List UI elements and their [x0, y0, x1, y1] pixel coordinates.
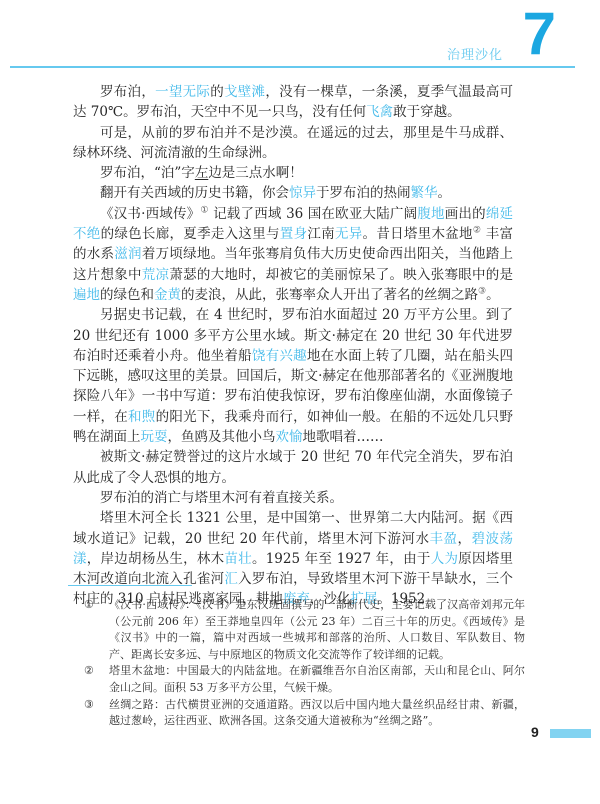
text-run: 。昔日塔里木盆地: [363, 226, 473, 242]
text-run: 罗布泊的消亡与塔里木河有着直接关系。: [100, 490, 343, 506]
text-run: 的绿色和: [100, 287, 154, 303]
highlight-term: 荒凉: [142, 267, 170, 283]
footnote-separator: [68, 585, 192, 586]
footnote-ref: ③: [478, 286, 486, 296]
text-run: ，: [458, 531, 472, 547]
footnote-item: ②塔里木盆地：中国最大的内陆盆地。在新疆维吾尔自治区南部，天山和昆仑山、阿尔金山…: [84, 663, 525, 696]
header-rule: [10, 66, 575, 68]
text-run: ，岸边胡杨丛生，林木: [87, 551, 225, 567]
text-run: 《汉书·西域传》: [100, 206, 200, 222]
page-number: 9: [531, 724, 539, 740]
paragraph: 被斯文·赫定赞誉过的这片水域于 20 世纪 70 年代完全消失，罗布泊从此成了令…: [73, 447, 513, 488]
footnote-marker: ②: [84, 663, 109, 680]
footnote-item: ③丝绸之路：古代横贯亚洲的交通道路。西汉以后中国内地大量丝织品经甘肃、新疆，越过…: [84, 697, 525, 730]
paragraph: 翻开有关西域的历史书籍，你会惊异于罗布泊的热闹繁华。: [73, 183, 513, 203]
highlight-term: 置身: [280, 226, 308, 242]
highlight-term: 欢愉: [276, 429, 303, 445]
paragraph: 可是，从前的罗布泊并不是沙漠。在遥远的过去，那里是牛马成群、绿林环绕、河流清澈的…: [73, 123, 513, 164]
body-text: 罗布泊，一望无际的戈壁滩，没有一棵草，一条溪，夏季气温最高可达 70℃。罗布泊，…: [73, 82, 513, 610]
text-run: 地歌唱着……: [303, 429, 384, 445]
highlight-term: 金黄: [154, 287, 181, 303]
highlight-term: 和煦: [128, 409, 156, 425]
paragraph: 罗布泊，一望无际的戈壁滩，没有一棵草，一条溪，夏季气温最高可达 70℃。罗布泊，…: [73, 82, 513, 123]
text-run: 的麦浪，从此，张骞率众人开出了著名的丝绸之路: [181, 287, 478, 303]
text-run: 的绿色长廊，夏季走入这里与: [101, 226, 280, 242]
footnote-ref: ①: [200, 205, 208, 215]
highlight-term: 繁华: [411, 185, 438, 201]
highlight-term: 惊异: [289, 185, 316, 201]
highlight-term: 苗壮: [224, 551, 252, 567]
highlight-term: 饶有兴趣: [252, 348, 307, 364]
highlight-term: 滋润: [114, 246, 142, 262]
highlight-term: 玩耍: [141, 429, 168, 445]
paragraph: 罗布泊，“泊”字左边是三点水啊！: [73, 163, 513, 183]
paragraph: 《汉书·西域传》① 记载了西域 36 国在欧亚大陆广阔腹地画出的绵延不绝的绿色长…: [73, 204, 513, 305]
chapter-number: 7: [523, 2, 554, 66]
highlight-term: 腹地: [417, 206, 444, 222]
text-run: 罗布泊，: [100, 84, 155, 100]
text-run: 于罗布泊的热闹: [316, 185, 411, 201]
underlined-char: 左: [195, 165, 209, 181]
text-run: 画出的: [445, 206, 486, 222]
footnote-marker: ①: [84, 597, 109, 614]
text-run: 的: [210, 84, 224, 100]
text-run: 翻开有关西域的历史书籍，你会: [100, 185, 289, 201]
paragraph: 罗布泊的消亡与塔里木河有着直接关系。: [73, 488, 513, 508]
highlight-term: 人为: [431, 551, 459, 567]
highlight-term: 遍地: [73, 287, 100, 303]
text-run: 可是，从前的罗布泊并不是沙漠。在遥远的过去，那里是牛马成群、绿林环绕、河流清澈的…: [73, 125, 513, 161]
footnote-item: ①《汉书·西域传》：《汉书》是东汉班固撰写的一部断代史，主要记载了汉高帝刘邦元年…: [84, 597, 525, 663]
highlight-term: 飞禽: [366, 104, 393, 120]
text-run: 记载了西域 36 国在欧亚大陆广阔: [209, 206, 418, 222]
text-run: 。1925 年至 1927 年，由于: [252, 551, 431, 567]
footnote-marker: ③: [84, 697, 109, 714]
highlight-term: 丰盈: [430, 531, 458, 547]
page-number-bar: [550, 729, 591, 738]
highlight-term: 一望无际: [155, 84, 210, 100]
footnote-text: 塔里木盆地：中国最大的内陆盆地。在新疆维吾尔自治区南部，天山和昆仑山、阿尔金山之…: [109, 663, 525, 696]
footnote-ref: ②: [473, 226, 481, 236]
highlight-term: 汇: [224, 571, 238, 587]
footnote-text: 丝绸之路：古代横贯亚洲的交通道路。西汉以后中国内地大量丝织品经甘肃、新疆，越过葱…: [109, 697, 525, 730]
text-run: 萧瑟的大地时，却被它的美丽惊呆了。映入张骞眼中的是: [169, 267, 513, 283]
text-run: 罗布泊，“泊”字: [100, 165, 195, 181]
paragraph: 塔里木河全长 1321 公里，是中国第一、世界第二大内陆河。据《西域水道记》记载…: [73, 508, 513, 609]
text-run: 边是三点水啊！: [208, 165, 303, 181]
footnote-text: 《汉书·西域传》：《汉书》是东汉班固撰写的一部断代史，主要记载了汉高帝刘邦元年（…: [109, 597, 525, 663]
text-run: 。: [438, 185, 452, 201]
highlight-term: 戈壁滩: [224, 84, 265, 100]
footnote-list: ①《汉书·西域传》：《汉书》是东汉班固撰写的一部断代史，主要记载了汉高帝刘邦元年…: [84, 597, 525, 730]
text-run: 江南: [307, 226, 335, 242]
chapter-title: 治理沙化: [447, 48, 503, 64]
paragraph: 另据史书记载，在 4 世纪时，罗布泊水面超过 20 万平方公里。到了 20 世纪…: [73, 305, 513, 447]
text-run: ，鱼鸥及其他小鸟: [168, 429, 276, 445]
text-run: 敢于穿越。: [393, 104, 461, 120]
text-run: 被斯文·赫定赞誉过的这片水域于 20 世纪 70 年代完全消失，罗布泊从此成了令…: [73, 449, 513, 485]
highlight-term: 无异: [335, 226, 363, 242]
textbook-page: 治理沙化 7 罗布泊，一望无际的戈壁滩，没有一棵草，一条溪，夏季气温最高可达 7…: [0, 0, 600, 804]
text-run: 。: [486, 287, 500, 303]
